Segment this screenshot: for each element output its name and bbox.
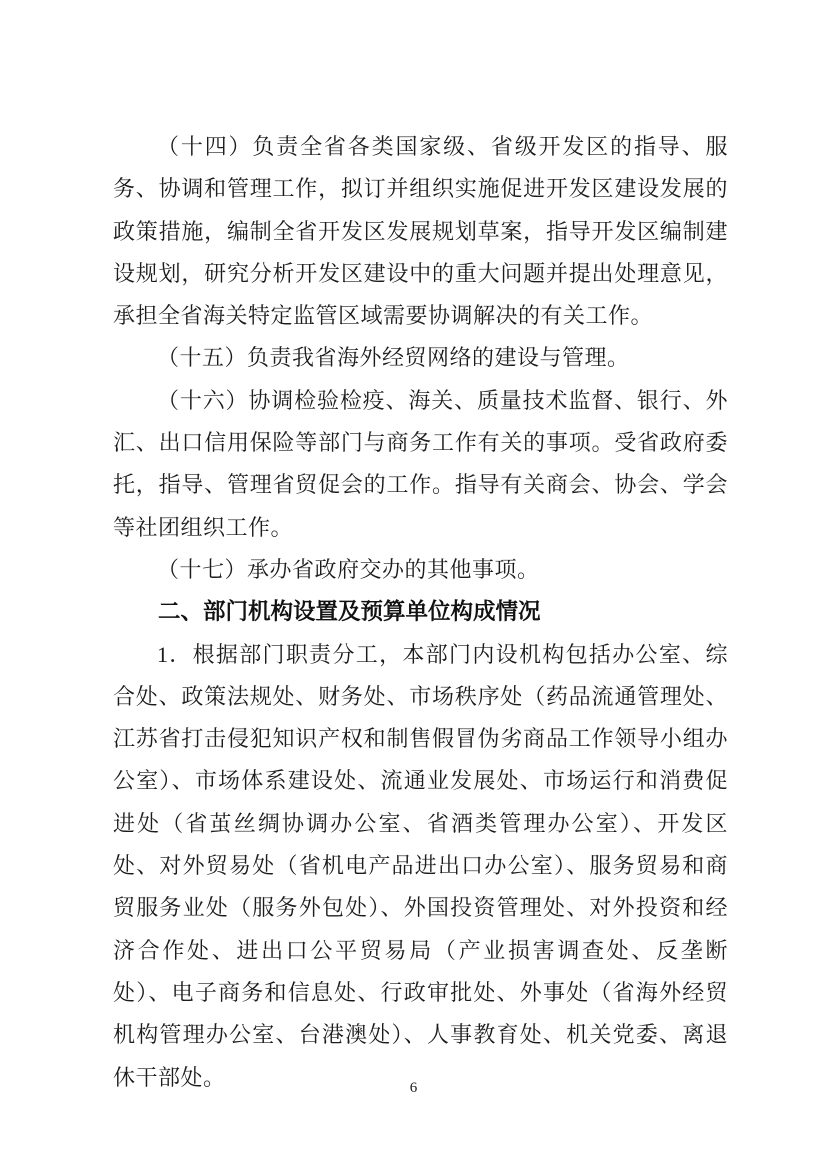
paragraph-duty-16: （十六）协调检验检疫、海关、质量技术监督、银行、外汇、出口信用保险等部门与商务工… (113, 380, 728, 549)
section-heading-org-structure: 二、部门机构设置及预算单位构成情况 (113, 591, 728, 633)
document-body: （十四）负责全省各类国家级、省级开发区的指导、服务、协调和管理工作，拟订并组织实… (113, 126, 728, 1099)
document-page: （十四）负责全省各类国家级、省级开发区的指导、服务、协调和管理工作，拟订并组织实… (0, 0, 827, 1169)
page-number: 6 (0, 1078, 827, 1098)
paragraph-duty-14: （十四）负责全省各类国家级、省级开发区的指导、服务、协调和管理工作，拟订并组织实… (113, 126, 728, 337)
paragraph-duty-17: （十七）承办省政府交办的其他事项。 (113, 549, 728, 591)
paragraph-org-list: 1．根据部门职责分工，本部门内设机构包括办公室、综合处、政策法规处、财务处、市场… (113, 634, 728, 1099)
paragraph-duty-15: （十五）负责我省海外经贸网络的建设与管理。 (113, 337, 728, 379)
